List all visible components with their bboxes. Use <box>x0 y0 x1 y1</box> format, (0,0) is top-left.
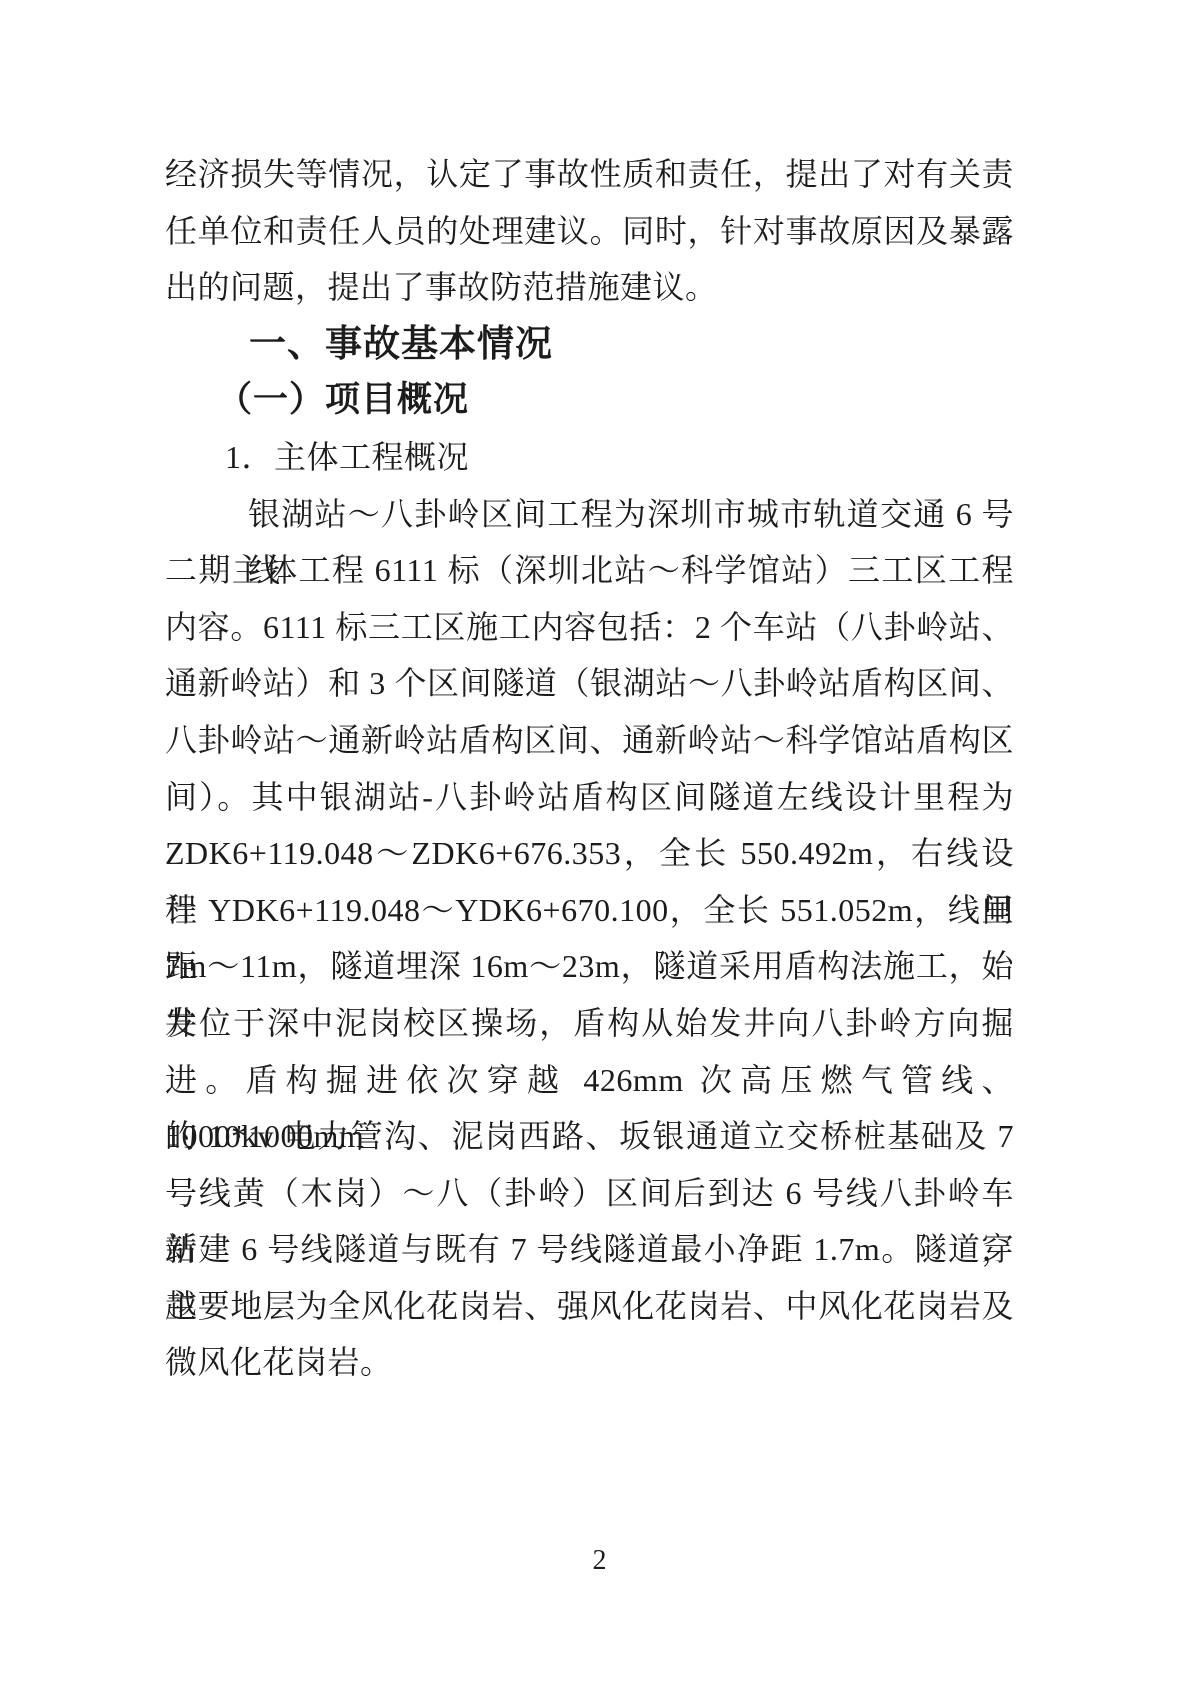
project-paragraph-line: 主要地层为全风化花岗岩、强风化花岗岩、中风化花岗岩及 <box>165 1278 1014 1335</box>
project-paragraph-line: 二期主体工程 6111 标（深圳北站～科学馆站）三工区工程 <box>165 542 1014 599</box>
project-paragraph-line: 八卦岭站～通新岭站盾构区间、通新岭站～科学馆站盾构区 <box>165 712 1014 769</box>
project-paragraph-line: 内容。6111 标三工区施工内容包括：2 个车站（八卦岭站、 <box>165 599 1014 656</box>
page-number: 2 <box>0 1544 1199 1578</box>
project-paragraph-line: 进。盾构掘进依次穿越 426mm 次高压燃气管线、1000*1000mm <box>165 1052 1014 1109</box>
intro-paragraph-line: 任单位和责任人员的处理建议。同时，针对事故原因及暴露 <box>165 203 1014 260</box>
subsection-heading: （一）项目概况 <box>165 372 1014 429</box>
page-body-text: 经济损失等情况，认定了事故性质和责任，提出了对有关责 任单位和责任人员的处理建议… <box>165 146 1014 1391</box>
intro-paragraph-line: 经济损失等情况，认定了事故性质和责任，提出了对有关责 <box>165 146 1014 203</box>
project-paragraph-line: 通新岭站）和 3 个区间隧道（银湖站～八卦岭站盾构区间、 <box>165 655 1014 712</box>
project-paragraph-line: 的 10kv 电力管沟、泥岗西路、坂银通道立交桥桩基础及 7 <box>165 1108 1014 1165</box>
project-paragraph-line: 井位于深中泥岗校区操场，盾构从始发井向八卦岭方向掘 <box>165 995 1014 1052</box>
document-page: 经济损失等情况，认定了事故性质和责任，提出了对有关责 任单位和责任人员的处理建议… <box>0 0 1199 1696</box>
project-paragraph-line: 新建 6 号线隧道与既有 7 号线隧道最小净距 1.7m。隧道穿越 <box>165 1221 1014 1278</box>
project-paragraph-line: 间）。其中银湖站-八卦岭站盾构区间隧道左线设计里程为 <box>165 769 1014 826</box>
project-paragraph-line: 银湖站～八卦岭区间工程为深圳市城市轨道交通 6 号线 <box>165 486 1014 543</box>
section-heading: 一、事故基本情况 <box>165 316 1014 373</box>
project-paragraph-line: 微风化花岗岩。 <box>165 1334 1014 1391</box>
project-paragraph-line: 7m～11m，隧道埋深 16m～23m，隧道采用盾构法施工，始发 <box>165 938 1014 995</box>
project-paragraph-line: 号线黄（木岗）～八（卦岭）区间后到达 6 号线八卦岭车站， <box>165 1165 1014 1222</box>
project-paragraph-line: ZDK6+119.048～ZDK6+676.353，全长 550.492m，右线… <box>165 825 1014 882</box>
intro-paragraph-line: 出的问题，提出了事故防范措施建议。 <box>165 259 1014 316</box>
item-heading: 1．主体工程概况 <box>165 429 1014 486</box>
project-paragraph-line: 程 YDK6+119.048～YDK6+670.100，全长 551.052m，… <box>165 882 1014 939</box>
